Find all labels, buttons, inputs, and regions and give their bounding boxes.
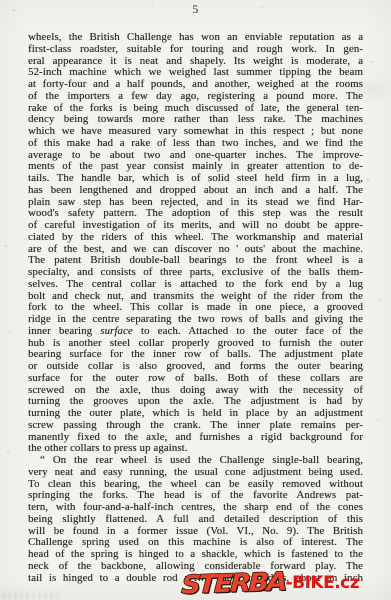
text-line: first-class roadster, suitable for touri… xyxy=(28,44,363,56)
text-line: To clean this bearing, the wheel can be … xyxy=(28,479,363,491)
text-line: surface for the outer row of balls. Both… xyxy=(28,373,363,385)
text-line: “ On the rear wheel is used the Challeng… xyxy=(28,455,363,467)
text-line: ciated by the riders of this wheel. The … xyxy=(28,232,363,244)
text-line: of careful investigation of its merits, … xyxy=(28,220,363,232)
text-line: being slightly flattened. A full and det… xyxy=(28,514,363,526)
text-line: are of the best, and we can discover no … xyxy=(28,244,363,256)
text-line: wood's safety pattern. The adoption of t… xyxy=(28,208,363,220)
body-text: wheels, the British Challenge has won an… xyxy=(28,32,363,584)
text-line: turning the outer plate, which is held i… xyxy=(28,408,363,420)
text-line: at forty-four and a half pounds, and ano… xyxy=(28,79,363,91)
text-line: fork to the wheel. This collar is made i… xyxy=(28,302,363,314)
text-line: bolt and check nut, and transmits the we… xyxy=(28,291,363,303)
text-line: dency being towards more rather than les… xyxy=(28,114,363,126)
text-line: ments of the past year consist mainly in… xyxy=(28,161,363,173)
text-line: the other collars to press up against. xyxy=(28,443,363,455)
text-line: tail is hinged to a double rod ; two sho… xyxy=(28,573,363,585)
text-line: tern, with four-and-a-half-inch centres,… xyxy=(28,502,363,514)
text-line: which we have measured vary somewhat in … xyxy=(28,126,363,138)
scanned-page: 5 wheels, the British Challenge has won … xyxy=(0,0,391,600)
text-line: has been lengthened and dropped about an… xyxy=(28,185,363,197)
text-line: Challenge spring used on this machine is… xyxy=(28,537,363,549)
text-line: selves. The central collar is attached t… xyxy=(28,279,363,291)
text-line: manently fixed to the axle, and furnishe… xyxy=(28,432,363,444)
text-line: average to be about two and one-quarter … xyxy=(28,150,363,162)
text-line: bearing surface for the inner row of bal… xyxy=(28,349,363,361)
text-line: of the importers a few day ago, register… xyxy=(28,91,363,103)
scan-artifact xyxy=(2,592,60,599)
text-line: inner bearing surface to each. Attached … xyxy=(28,326,363,338)
text-line: 52-inch machine which we weighed last su… xyxy=(28,67,363,79)
text-line: eral appearance it is neat and shapely. … xyxy=(28,56,363,68)
text-line: ridge in the centre separating the two r… xyxy=(28,314,363,326)
text-line: rake of the forks is being much discusse… xyxy=(28,103,363,115)
page-number: 5 xyxy=(0,4,391,16)
text-line: turning the grooves upon the axle. The a… xyxy=(28,396,363,408)
text-line: specialty, and consists of three parts, … xyxy=(28,267,363,279)
text-line: neck of the backbone, allowing considera… xyxy=(28,561,363,573)
text-line: or outside collar is also grooved, and f… xyxy=(28,361,363,373)
text-line: springing the forks. The head is of the … xyxy=(28,490,363,502)
text-line: hub is another steel collar properly gro… xyxy=(28,338,363,350)
text-line: of this make had a rake of less than two… xyxy=(28,138,363,150)
text-line: head of the spring is hinged to a shackl… xyxy=(28,549,363,561)
text-line: wheels, the British Challenge has won an… xyxy=(28,32,363,44)
text-line: very neat and easy running, the usual co… xyxy=(28,467,363,479)
text-line: screw passing through the crank. The inn… xyxy=(28,420,363,432)
text-line: screwed on the axle, thus doing away wit… xyxy=(28,385,363,397)
text-line: tails. The handle bar, which is of solid… xyxy=(28,173,363,185)
text-line: plain saw step has been rejected, and in… xyxy=(28,197,363,209)
text-line: will be found in a former issue (Vol. VI… xyxy=(28,526,363,538)
text-line: The patent British double-ball bearings … xyxy=(28,255,363,267)
